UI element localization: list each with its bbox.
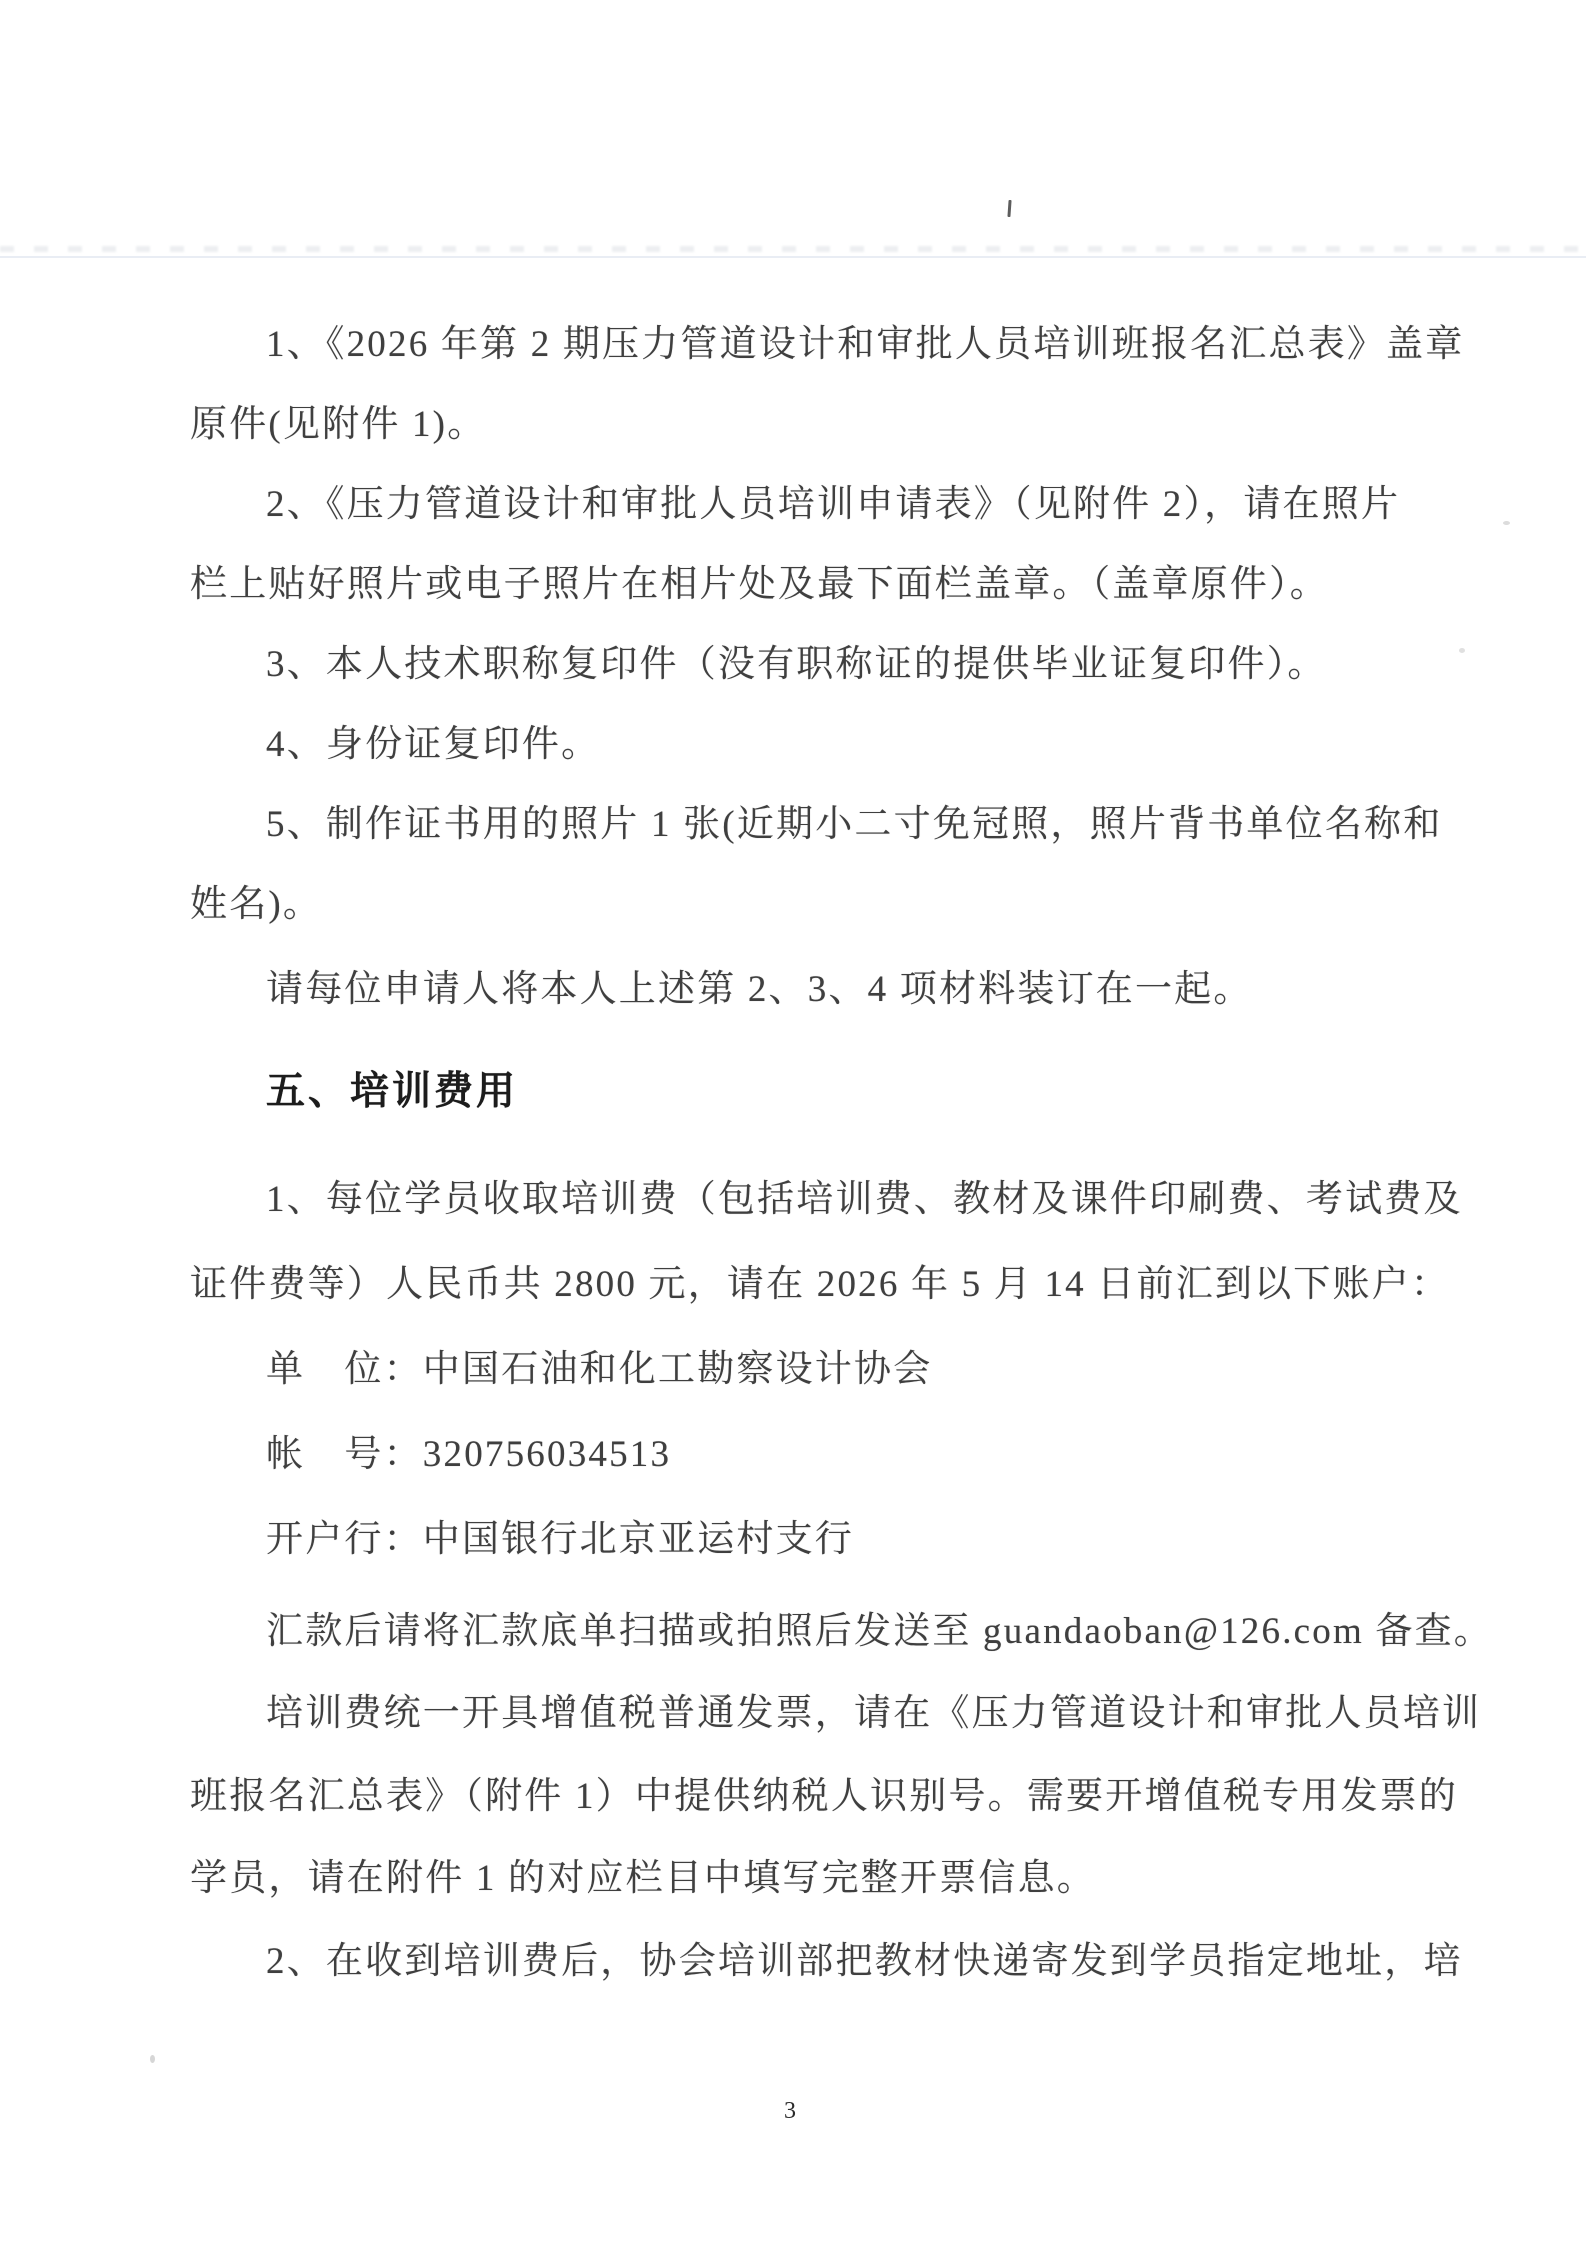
materials-item1-line1: 1、《2026 年第 2 期压力管道设计和审批人员培训班报名汇总表》盖章 <box>190 320 1526 370</box>
materials-item2-line2: 栏上贴好照片或电子照片在相片处及最下面栏盖章。（盖章原件）。 <box>190 560 1450 610</box>
materials-item5-line1: 5、制作证书用的照片 1 张(近期小二寸免冠照，照片背书单位名称和 <box>190 800 1526 850</box>
scan-speck-artifact <box>150 2055 155 2063</box>
scan-noise-artifact <box>0 246 1586 252</box>
fees-paragraph1-line2: 证件费等）人民币共 2800 元，请在 2026 年 5 月 14 日前汇到以下… <box>190 1260 1450 1310</box>
bank-account-bank: 开户行：中国银行北京亚运村支行 <box>190 1515 1526 1565</box>
scanned-document-page: 1、《2026 年第 2 期压力管道设计和审批人员培训班报名汇总表》盖章 原件(… <box>0 0 1586 2244</box>
scan-tick-artifact <box>1007 200 1011 217</box>
materials-item5-line2: 姓名)。 <box>190 880 1450 930</box>
bank-account-unit: 单 位：中国石油和化工勘察设计协会 <box>190 1345 1526 1395</box>
remittance-note: 汇款后请将汇款底单扫描或拍照后发送至 guandaoban@126.com 备查… <box>190 1607 1526 1657</box>
materials-item4: 4、身份证复印件。 <box>190 720 1526 770</box>
materials-item2-line1: 2、《压力管道设计和审批人员培训申请表》（见附件 2），请在照片 <box>190 480 1526 530</box>
invoice-note-line1: 培训费统一开具增值税普通发票，请在《压力管道设计和审批人员培训 <box>190 1689 1526 1739</box>
bank-account-number: 帐 号：320756034513 <box>190 1430 1526 1480</box>
section-heading-training-fees: 五、培训费用 <box>190 1067 1526 1117</box>
materials-binding-note: 请每位申请人将本人上述第 2、3、4 项材料装订在一起。 <box>190 965 1526 1015</box>
materials-item3: 3、本人技术职称复印件（没有职称证的提供毕业证复印件）。 <box>190 640 1526 690</box>
invoice-note-line2: 班报名汇总表》（附件 1）中提供纳税人识别号。需要开增值税专用发票的 <box>190 1772 1450 1822</box>
page-number: 3 <box>0 2098 1580 2125</box>
materials-item1-line2: 原件(见附件 1)。 <box>190 400 1450 450</box>
fees-paragraph1-line1: 1、每位学员收取培训费（包括培训费、教材及课件印刷费、考试费及 <box>190 1175 1526 1225</box>
fees-paragraph2-line1: 2、在收到培训费后，协会培训部把教材快递寄发到学员指定地址，培 <box>190 1937 1526 1987</box>
scan-rule-artifact <box>0 256 1586 258</box>
invoice-note-line3: 学员，请在附件 1 的对应栏目中填写完整开票信息。 <box>190 1854 1450 1904</box>
